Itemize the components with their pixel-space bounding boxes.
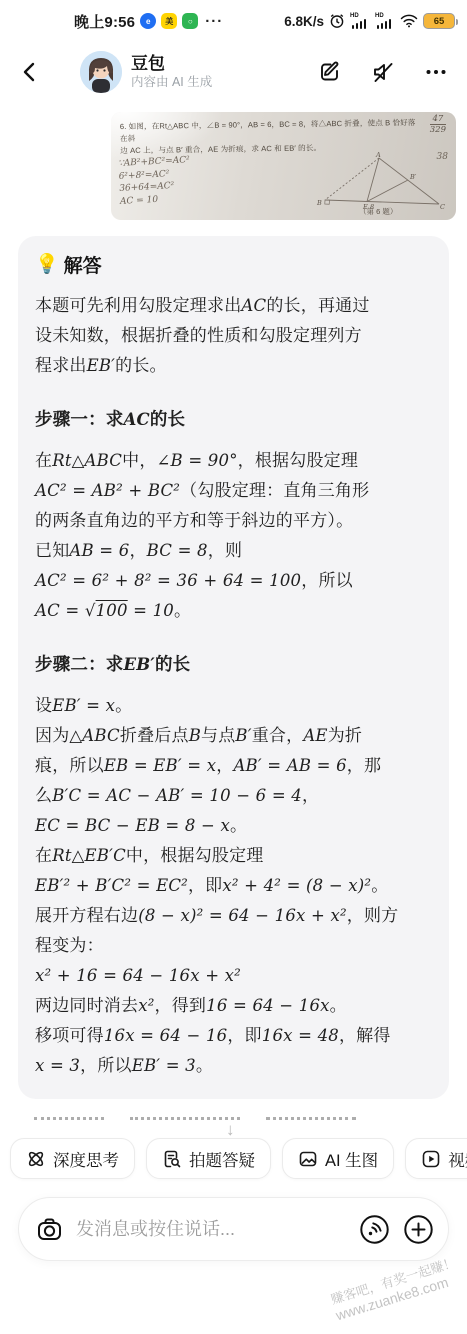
svg-text:C: C [440, 203, 445, 210]
solution-paragraph: 设EB′ = x。因为△ABC折叠后点B与点B′重合，AE为折痕，所以EB = … [35, 691, 432, 1081]
figure-caption: （第 6 题） [359, 206, 397, 217]
ai-disclaimer: 内容由 AI 生成 [131, 74, 212, 91]
triangle-figure: A B E 8 C B′ [315, 152, 447, 210]
wifi-icon [400, 14, 418, 28]
voice-call-icon[interactable] [359, 1214, 390, 1245]
chat-header: 豆包 内容由 AI 生成 [0, 42, 467, 102]
new-chat-icon[interactable] [317, 59, 343, 85]
solution-paragraph: 本题可先利用勾股定理求出AC的长，再通过设未知数，根据折叠的性质和勾股定理列方程… [35, 291, 432, 381]
battery-indicator: 65 [423, 13, 455, 29]
chip-photo-solve[interactable]: 拍题答疑 [146, 1138, 271, 1179]
lightbulb-icon: 💡 [35, 252, 59, 278]
svg-text:B′: B′ [409, 173, 417, 181]
svg-text:A: A [375, 152, 381, 159]
user-problem-photo[interactable]: 6. 如图，在Rt△ABC 中，∠B = 90°，AB = 6，BC = 8，将… [111, 112, 456, 220]
site-watermark: 赚客吧，有奖一起赚！ www.zuanke8.com [329, 1254, 463, 1325]
cellular-signal-icon-1: HD [350, 14, 370, 29]
chip-video-generate[interactable]: 视频生 [405, 1138, 467, 1179]
avatar[interactable] [80, 51, 122, 93]
plus-icon[interactable] [403, 1214, 434, 1245]
deep-thinking-icon [26, 1149, 46, 1169]
video-generate-icon [421, 1149, 441, 1169]
back-button[interactable] [16, 58, 44, 86]
quick-action-chips: 深度思考 拍题答疑 AI 生图 [0, 1138, 467, 1179]
handwritten-fraction: 47 329 [430, 115, 446, 135]
chip-ai-image[interactable]: AI 生图 [282, 1138, 394, 1179]
solution-paragraph: 在Rt△ABC中，∠B = 90°，根据勾股定理AC² = AB² + BC²（… [35, 446, 432, 626]
more-menu-icon[interactable] [423, 59, 449, 85]
mute-icon[interactable] [370, 59, 396, 85]
status-bar: 晚上9:56 e 美 ○ ··· 6.8K/s HD HD 65 [0, 0, 467, 42]
bottom-panel: ↓ 深度思考 拍题答疑 [0, 1112, 467, 1334]
message-input-bar [18, 1197, 449, 1261]
scroll-to-bottom-icon[interactable]: ↓ [226, 1120, 235, 1140]
step-heading: 步骤二：求EB′的长 [35, 649, 432, 680]
message-input[interactable] [76, 1219, 359, 1240]
bot-name: 豆包 [131, 54, 212, 74]
cellular-signal-icon-2: HD [375, 14, 395, 29]
answer-body: 本题可先利用勾股定理求出AC的长，再通过设未知数，根据折叠的性质和勾股定理列方程… [35, 291, 432, 1081]
svg-text:B: B [316, 199, 322, 207]
ai-image-icon [298, 1149, 318, 1169]
notification-app-icon-meituan: 美 [161, 13, 177, 29]
handwritten-work: ∵AB²+BC²=AC² 6²+8²=AC² 36+64=AC² AC = 10 [118, 154, 192, 208]
network-speed: 6.8K/s [284, 14, 324, 29]
clipped-text-line [34, 1117, 394, 1120]
chip-deep-thinking[interactable]: 深度思考 [10, 1138, 135, 1179]
notification-app-icon-blue: e [140, 13, 156, 29]
photo-solve-icon [162, 1149, 182, 1169]
alarm-icon [329, 13, 345, 29]
camera-icon[interactable] [36, 1216, 63, 1243]
more-notifications-icon: ··· [205, 13, 223, 30]
answer-title: 解答 [64, 251, 102, 278]
clock-time: 晚上9:56 [74, 11, 135, 32]
step-heading: 步骤一：求AC的长 [35, 404, 432, 435]
ai-answer-card: 💡 解答 本题可先利用勾股定理求出AC的长，再通过设未知数，根据折叠的性质和勾股… [18, 236, 449, 1099]
notification-app-icon-green: ○ [182, 13, 198, 29]
